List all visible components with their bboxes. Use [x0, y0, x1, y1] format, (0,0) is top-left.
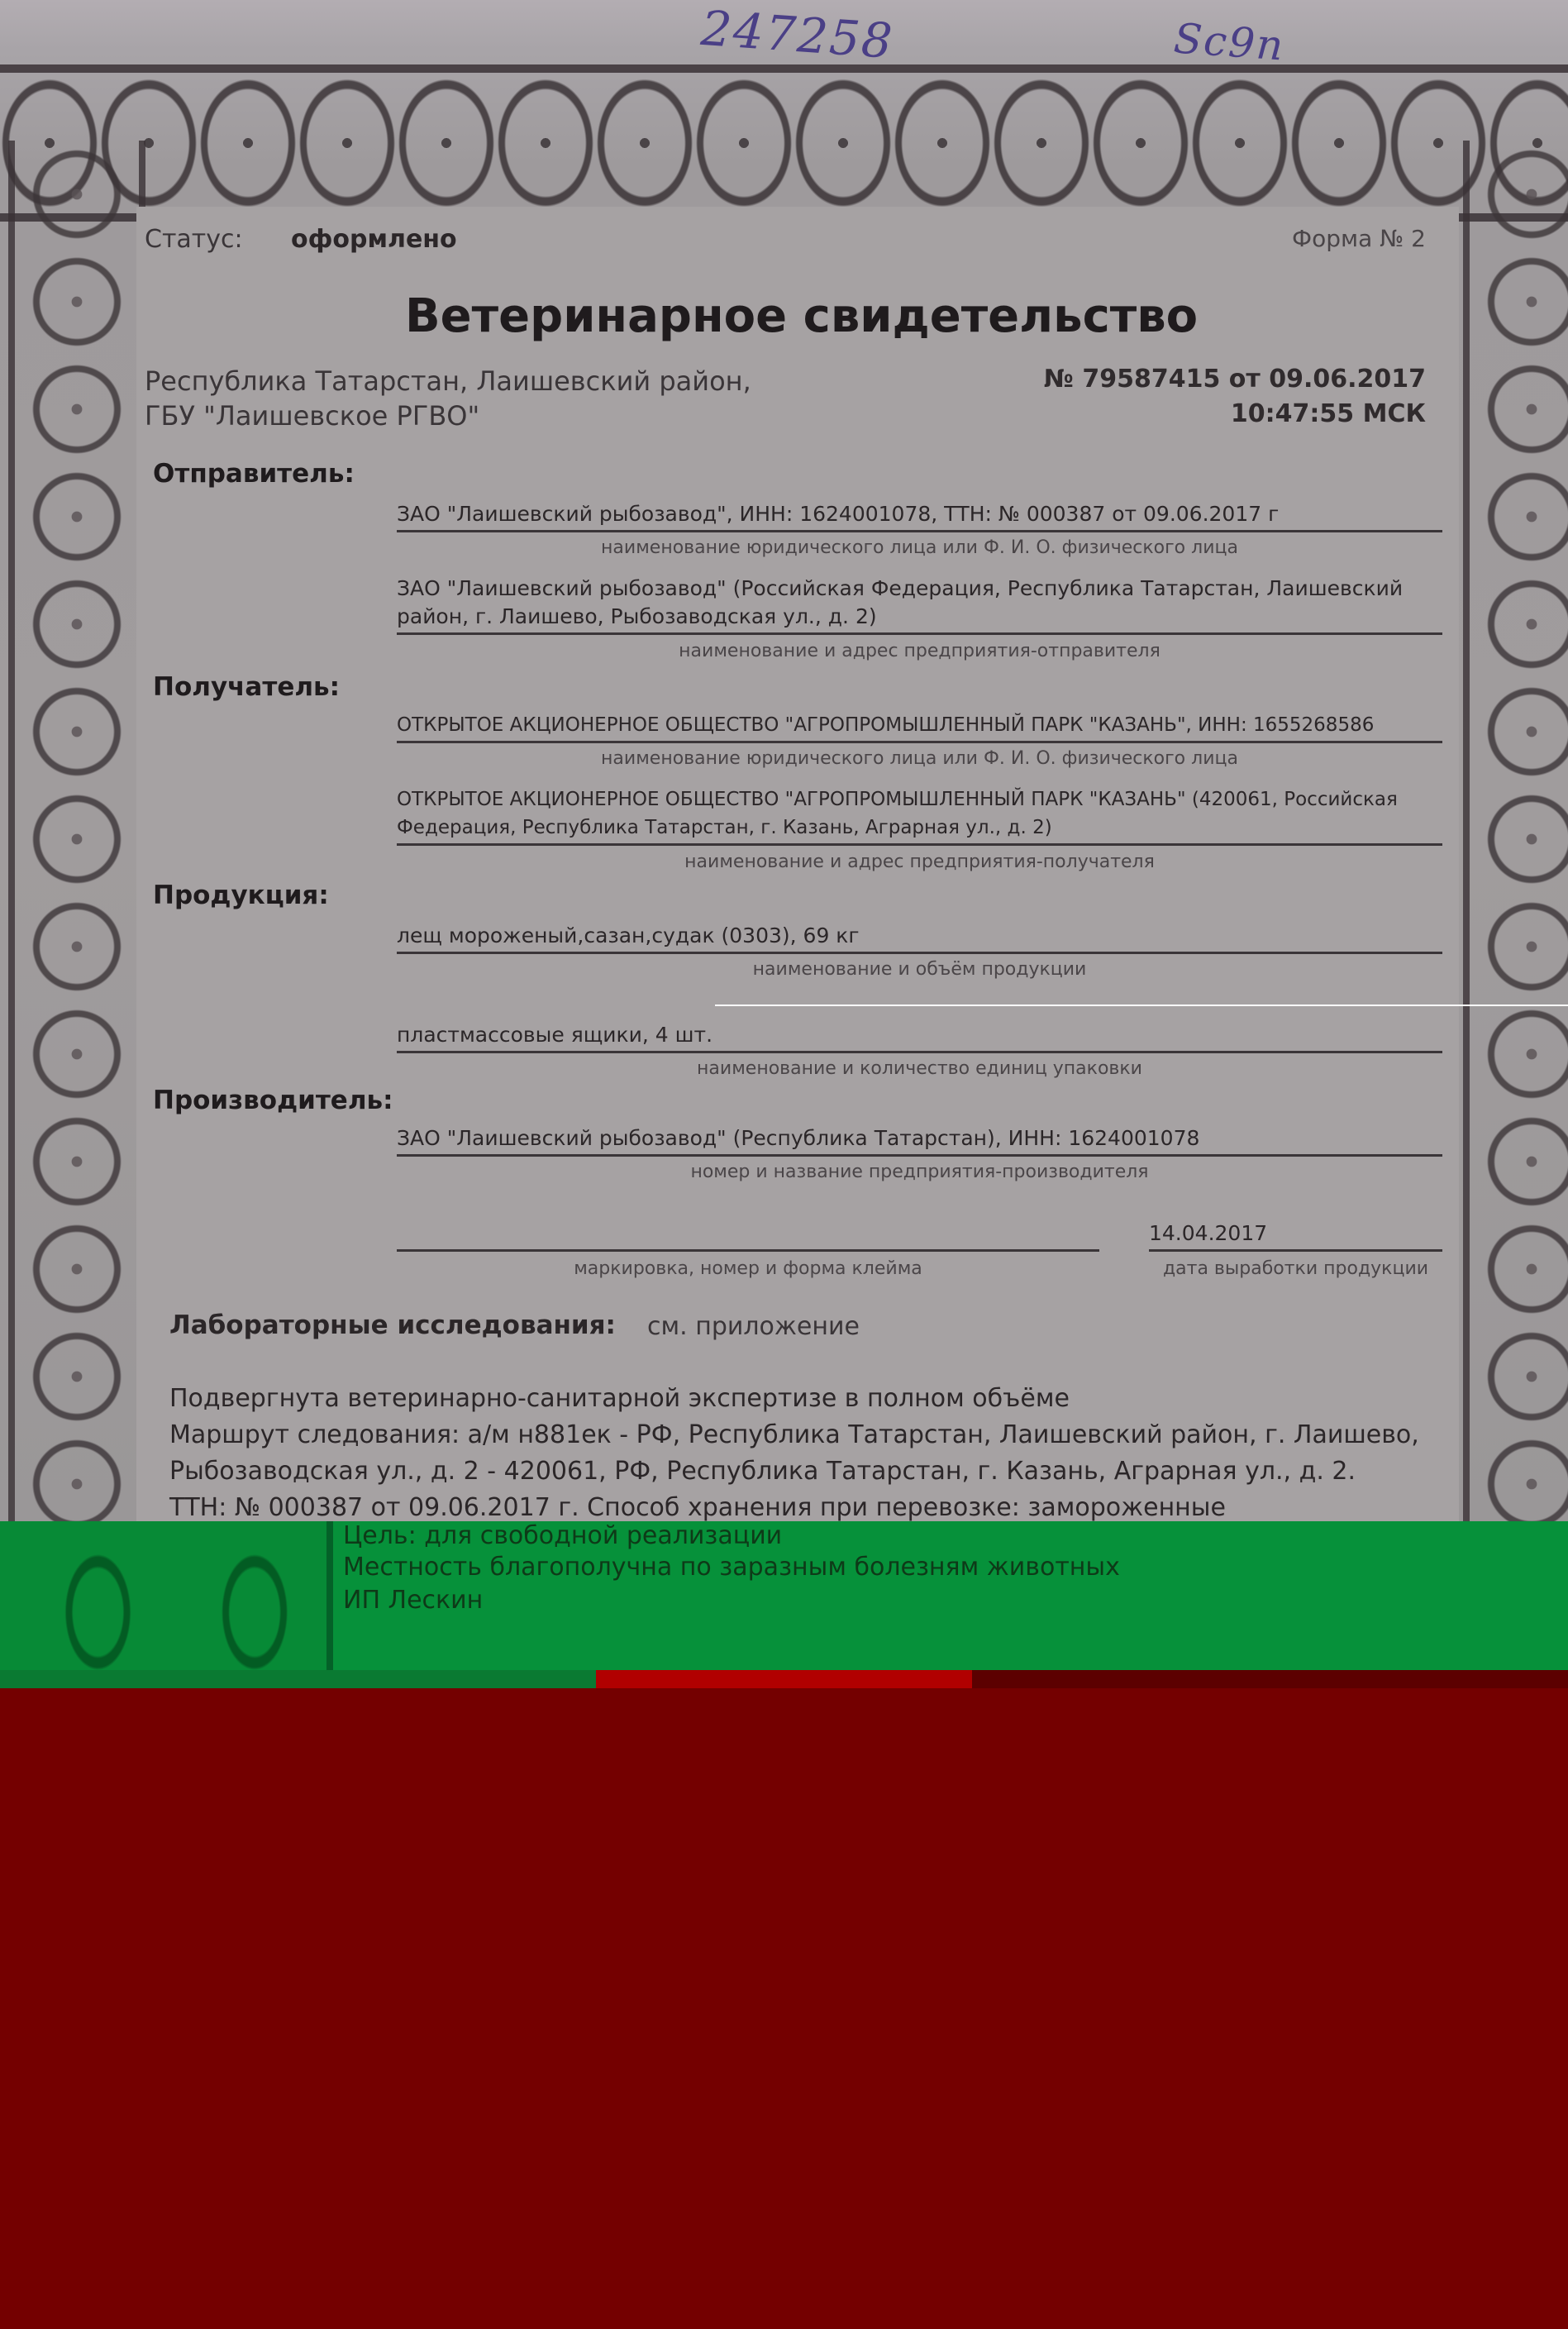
recipient-enterprise-caption: наименование и адрес предприятия-получат… — [397, 852, 1442, 872]
certificate-body: Статус: оформлено Форма № 2 Ветеринарное… — [136, 207, 1459, 1530]
corrupted-green-band: Цель: для свободной реализации Местность… — [0, 1521, 1568, 1687]
issuer: Республика Татарстан, Лаишевский район, … — [145, 364, 806, 433]
producer-name-caption: номер и название предприятия-производите… — [397, 1162, 1442, 1182]
recipient-enterprise: ОТКРЫТОЕ АКЦИОНЕРНОЕ ОБЩЕСТВО "АГРОПРОМЫ… — [397, 785, 1442, 846]
signer: ИП Лескин — [343, 1586, 483, 1615]
document-photo: 247258 Sc9n Статус: оформлено Форма № 2 … — [0, 0, 1568, 1687]
corruption-strip — [0, 1670, 1568, 1688]
recipient-legal-entity: ОТКРЫТОЕ АКЦИОНЕРНОЕ ОБЩЕСТВО "АГРОПРОМЫ… — [397, 711, 1442, 743]
note-line: Цель: для свободной реализации — [343, 1521, 782, 1550]
sender-legal-entity: ЗАО "Лаишевский рыбозавод", ИНН: 1624001… — [397, 500, 1442, 532]
marking-caption: маркировка, номер и форма клейма — [397, 1258, 1099, 1279]
corrupted-red-area — [0, 1688, 1568, 2329]
ornamental-border-left-corrupted — [0, 1521, 333, 1687]
sender-enterprise: ЗАО "Лаишевский рыбозавод" (Российская Ф… — [397, 575, 1442, 635]
note-line: Маршрут следования: а/м н881ек - РФ, Рес… — [169, 1417, 1419, 1453]
document-title: Ветеринарное свидетельство — [405, 289, 1198, 343]
status-value: оформлено — [291, 225, 457, 254]
notes-block: Подвергнута ветеринарно-санитарной экспе… — [169, 1381, 1419, 1526]
producer-label: Производитель: — [153, 1086, 393, 1115]
sender-enterprise-caption: наименование и адрес предприятия-отправи… — [397, 641, 1442, 661]
product-packaging: пластмассовые ящики, 4 шт. — [397, 1021, 1442, 1053]
certificate-time: 10:47:55 МСК — [1044, 397, 1426, 432]
production-date: 14.04.2017 — [1149, 1219, 1442, 1252]
handwritten-number: 247258 — [699, 0, 896, 69]
certificate-number: № 79587415 от 09.06.2017 — [1044, 362, 1426, 397]
ornamental-border-top — [0, 64, 1568, 222]
marking-field — [397, 1219, 1099, 1252]
form-number: Форма № 2 — [1292, 225, 1426, 252]
status-label: Статус: — [145, 225, 243, 254]
production-date-caption: дата выработки продукции — [1149, 1258, 1442, 1279]
handwritten-mark: Sc9n — [1172, 14, 1286, 69]
sender-label: Отправитель: — [153, 459, 355, 489]
producer-name: ЗАО "Лаишевский рыбозавод" (Республика Т… — [397, 1124, 1442, 1157]
note-line: Рыбозаводская ул., д. 2 - 420061, РФ, Ре… — [169, 1453, 1419, 1490]
scan-artifact-line — [715, 1005, 1568, 1006]
lab-label: Лабораторные исследования: — [169, 1310, 616, 1340]
product-name-volume: лещ мороженый,сазан,судак (0303), 69 кг — [397, 922, 1442, 954]
product-packaging-caption: наименование и количество единиц упаковк… — [397, 1058, 1442, 1079]
recipient-label: Получатель: — [153, 672, 340, 702]
product-label: Продукция: — [153, 881, 329, 910]
sender-legal-entity-caption: наименование юридического лица или Ф. И.… — [397, 537, 1442, 558]
recipient-legal-entity-caption: наименование юридического лица или Ф. И.… — [397, 748, 1442, 769]
note-line: Подвергнута ветеринарно-санитарной экспе… — [169, 1381, 1419, 1417]
product-name-volume-caption: наименование и объём продукции — [397, 959, 1442, 980]
ornamental-border-left — [8, 141, 145, 1530]
certificate-number-block: № 79587415 от 09.06.2017 10:47:55 МСК — [1044, 362, 1426, 432]
lab-value: см. приложение — [647, 1312, 860, 1341]
note-line: Местность благополучна по заразным болез… — [343, 1553, 1120, 1582]
ornamental-border-right — [1463, 141, 1568, 1530]
